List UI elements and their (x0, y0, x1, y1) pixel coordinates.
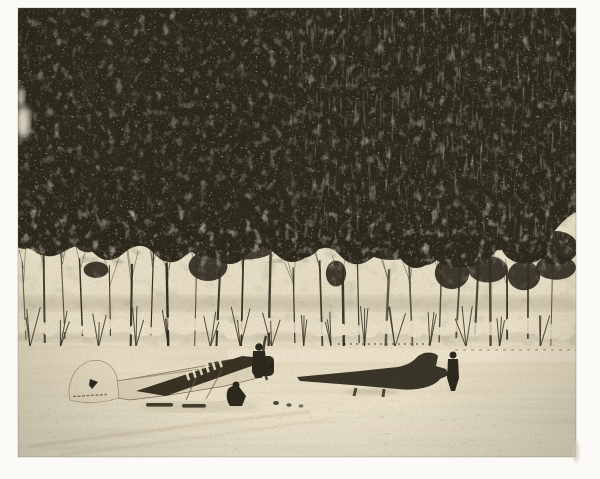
photograph (0, 0, 600, 479)
photo-page (0, 0, 600, 479)
film-grain (18, 8, 576, 457)
edge-smudge (573, 441, 580, 463)
photo-finish (16, 8, 576, 457)
photo (9, 8, 578, 457)
